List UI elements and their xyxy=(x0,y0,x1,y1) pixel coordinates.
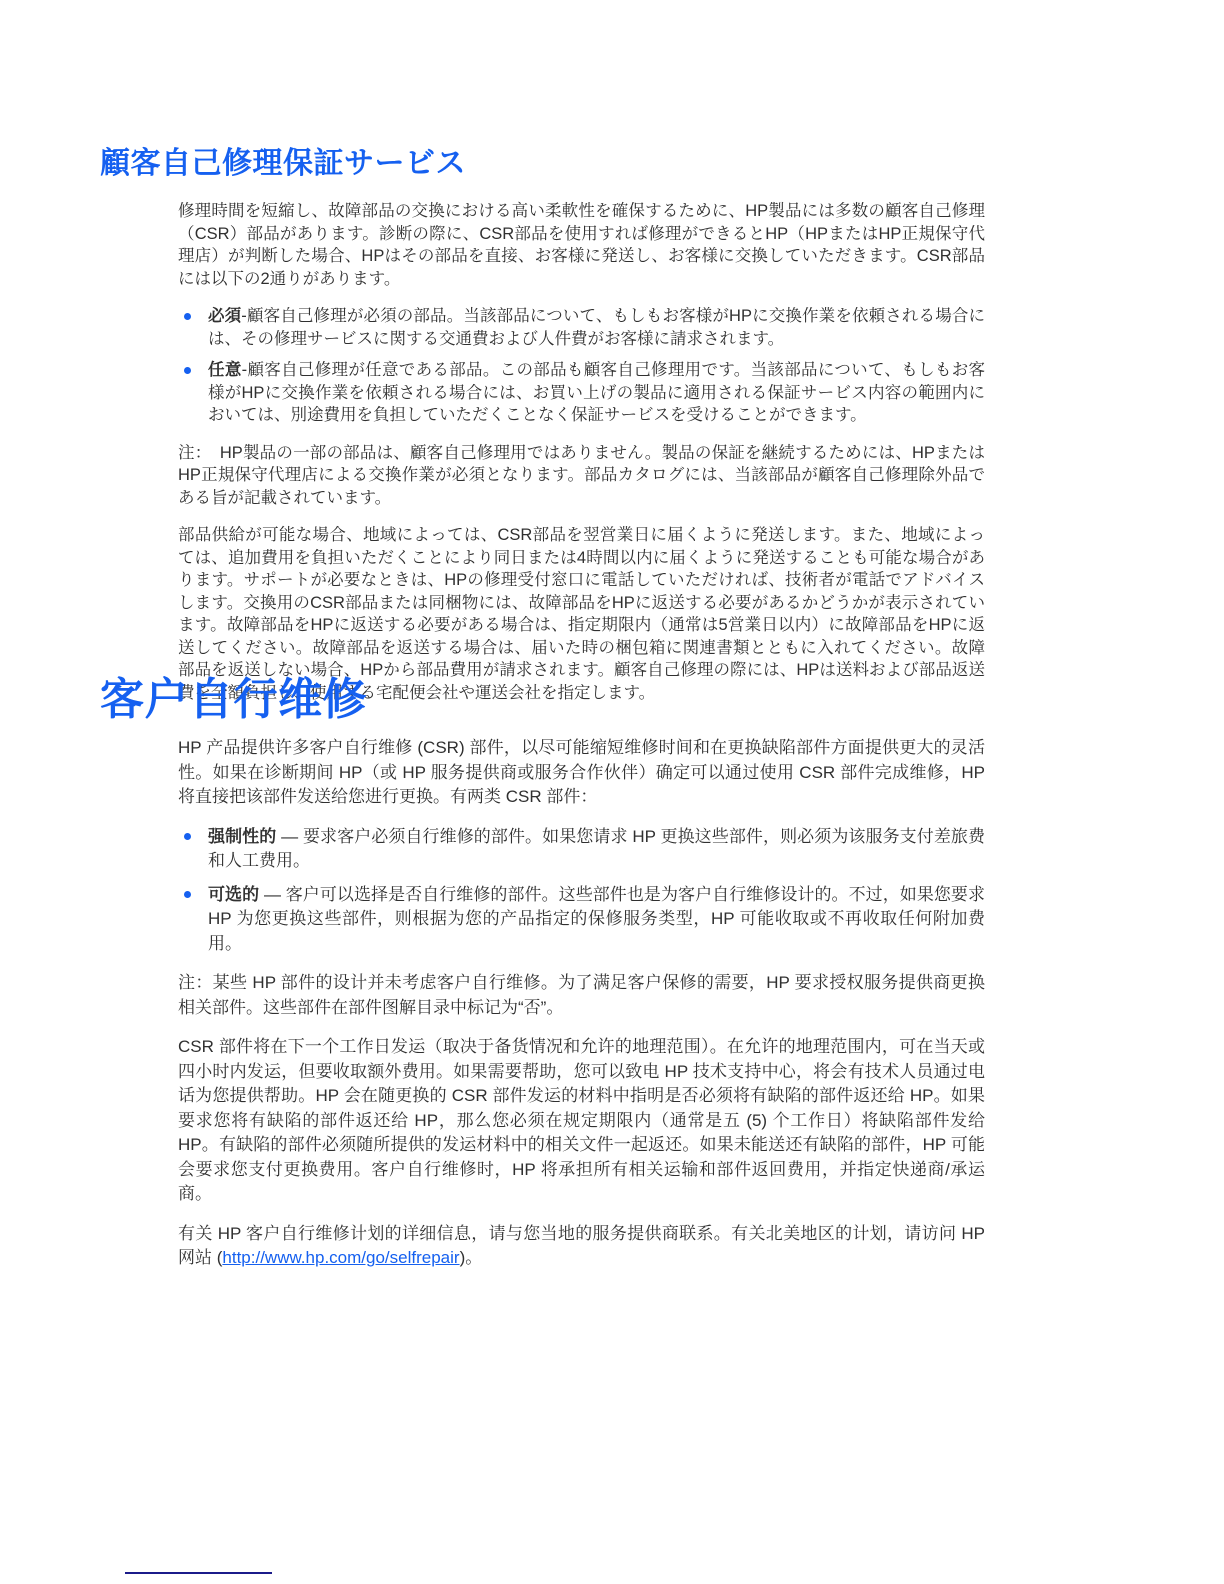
ja-bullet-mandatory-lead: 必須 xyxy=(208,307,241,325)
zh-bullet-optional-lead: 可选的 xyxy=(208,885,259,904)
zh-intro-paragraph: HP 产品提供许多客户自行维修 (CSR) 部件，以尽可能缩短维修时间和在更换缺… xyxy=(178,736,985,810)
zh-bullet-optional-rest: — 客户可以选择是否自行维修的部件。这些部件也是为客户自行维修设计的。不过，如果… xyxy=(208,885,985,953)
ja-bullet-optional-lead: 任意 xyxy=(208,361,242,379)
footnote-rule xyxy=(125,1572,272,1574)
ja-bullet-optional-rest: -顧客自己修理が任意である部品。この部品も顧客自己修理用です。当該部品について、… xyxy=(208,361,985,424)
ja-intro-paragraph: 修理時間を短縮し、故障部品の交換における高い柔軟性を確保するために、HP製品には… xyxy=(178,200,985,290)
document-page: 顧客自己修理保証サービス 修理時間を短縮し、故障部品の交換における高い柔軟性を確… xyxy=(0,0,1224,1584)
ja-bullet-optional-text: 任意-顧客自己修理が任意である部品。この部品も顧客自己修理用です。当該部品につい… xyxy=(208,361,985,424)
zh-closing-paragraph: 有关 HP 客户自行维修计划的详细信息，请与您当地的服务提供商联系。有关北美地区… xyxy=(178,1222,985,1271)
ja-bullet-mandatory: 必須-顧客自己修理が必須の部品。当該部品について、もしもお客様がHPに交換作業を… xyxy=(178,305,985,350)
section-heading-japanese: 顧客自己修理保証サービス xyxy=(100,138,466,182)
zh-note-paragraph: 注：某些 HP 部件的设计并未考虑客户自行维修。为了满足客户保修的需要，HP 要… xyxy=(178,971,985,1020)
zh-body-paragraph: CSR 部件将在下一个工作日发运（取决于备货情况和允许的地理范围）。在允许的地理… xyxy=(178,1035,985,1207)
ja-bullet-optional: 任意-顧客自己修理が任意である部品。この部品も顧客自己修理用です。当該部品につい… xyxy=(178,359,985,427)
bullet-icon xyxy=(184,891,191,898)
ja-note-paragraph: 注： HP製品の一部の部品は、顧客自己修理用ではありません。製品の保証を継続する… xyxy=(178,442,985,510)
section-heading-chinese: 客户自行维修 xyxy=(100,663,367,727)
bullet-icon xyxy=(184,833,191,840)
zh-bullet-mandatory-lead: 强制性的 xyxy=(208,827,276,846)
japanese-section: 修理時間を短縮し、故障部品の交換における高い柔軟性を確保するために、HP製品には… xyxy=(178,200,985,719)
ja-bullet-mandatory-rest: -顧客自己修理が必須の部品。当該部品について、もしもお客様がHPに交換作業を依頼… xyxy=(208,307,985,348)
zh-bullet-list: 强制性的 — 要求客户必须自行维修的部件。如果您请求 HP 更换这些部件，则必须… xyxy=(178,825,985,957)
zh-bullet-mandatory-text: 强制性的 — 要求客户必须自行维修的部件。如果您请求 HP 更换这些部件，则必须… xyxy=(208,827,985,871)
bullet-icon xyxy=(184,313,191,320)
zh-bullet-mandatory-rest: — 要求客户必须自行维修的部件。如果您请求 HP 更换这些部件，则必须为该服务支… xyxy=(208,827,985,871)
zh-bullet-optional-text: 可选的 — 客户可以选择是否自行维修的部件。这些部件也是为客户自行维修设计的。不… xyxy=(208,885,985,953)
bullet-icon xyxy=(184,367,191,374)
zh-bullet-optional: 可选的 — 客户可以选择是否自行维修的部件。这些部件也是为客户自行维修设计的。不… xyxy=(178,883,985,957)
chinese-section: HP 产品提供许多客户自行维修 (CSR) 部件，以尽可能缩短维修时间和在更换缺… xyxy=(178,736,985,1286)
selfrepair-link[interactable]: http://www.hp.com/go/selfrepair xyxy=(222,1248,459,1267)
ja-bullet-mandatory-text: 必須-顧客自己修理が必須の部品。当該部品について、もしもお客様がHPに交換作業を… xyxy=(208,307,985,348)
ja-bullet-list: 必須-顧客自己修理が必須の部品。当該部品について、もしもお客様がHPに交換作業を… xyxy=(178,305,985,427)
zh-closing-post: )。 xyxy=(460,1248,483,1267)
zh-bullet-mandatory: 强制性的 — 要求客户必须自行维修的部件。如果您请求 HP 更换这些部件，则必须… xyxy=(178,825,985,874)
